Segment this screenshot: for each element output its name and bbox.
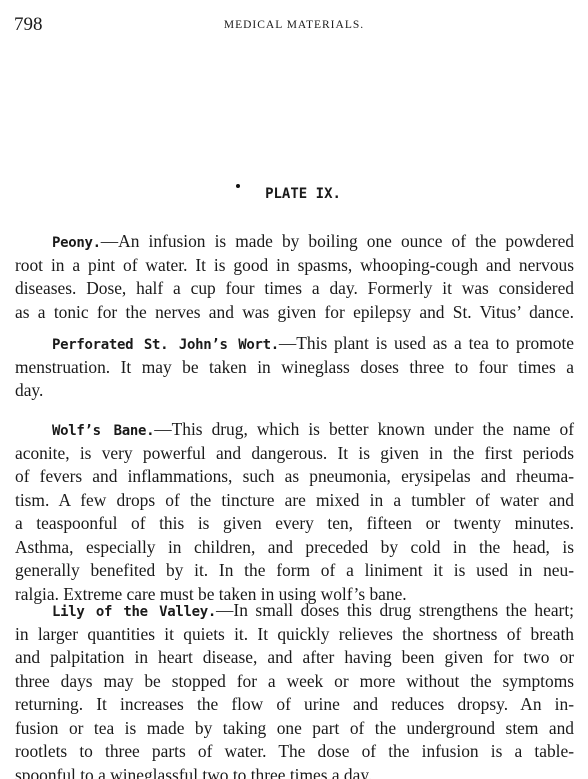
entry-line: root in a pint of water. It is good in s…	[15, 254, 574, 278]
entry-term: Lily of the Valley.	[52, 604, 216, 620]
entry-line: aconite, is very powerful and dangerous.…	[15, 442, 574, 466]
entry-term: Perforated St. John’s Wort.	[52, 337, 279, 353]
entry-line: generally benefited by it. In the form o…	[15, 559, 574, 583]
entry-peony: Peony.—An infusion is made by boiling on…	[15, 230, 574, 324]
entry-line: Asthma, especially in children, and prec…	[15, 536, 574, 560]
entry-line: a teaspoonful of this is given every ten…	[15, 512, 574, 536]
entry-line: returning. It increases the flow of urin…	[15, 693, 574, 717]
entry-line: menstruation. It may be taken in winegla…	[15, 356, 574, 380]
entry-wolfs-bane: Wolf’s Bane.—This drug, which is better …	[15, 418, 574, 606]
entry-term: Peony.	[52, 235, 101, 251]
plate-title: PLATE IX.	[0, 186, 588, 202]
entry-line: of fevers and inflammations, such as pne…	[15, 465, 574, 489]
entry-line: Perforated St. John’s Wort.—This plant i…	[15, 332, 574, 356]
page-header: 798 MEDICAL MATERIALS.	[14, 14, 574, 38]
entry-line: diseases. Dose, half a cup four times a …	[15, 277, 574, 301]
entry-line: spoonful to a wineglassful two to three …	[15, 764, 574, 779]
entry-term: Wolf’s Bane.	[52, 423, 154, 439]
entry-line: Wolf’s Bane.—This drug, which is better …	[15, 418, 574, 442]
entry-line: rootlets to three parts of water. The do…	[15, 740, 574, 764]
entry-line: Peony.—An infusion is made by boiling on…	[15, 230, 574, 254]
entry-line: day.	[15, 379, 574, 403]
entry-line: Lily of the Valley.—In small doses this …	[15, 599, 574, 623]
entry-line: in larger quantities it quiets it. It qu…	[15, 623, 574, 647]
running-head: MEDICAL MATERIALS.	[14, 19, 574, 31]
entry-line: tism. A few drops of the tincture are mi…	[15, 489, 574, 513]
entry-line: three days may be stopped for a week or …	[15, 670, 574, 694]
entry-st-johns-wort: Perforated St. John’s Wort.—This plant i…	[15, 332, 574, 403]
entry-line: and palpitation in heart disease, and af…	[15, 646, 574, 670]
entry-line: fusion or tea is made by taking one part…	[15, 717, 574, 741]
entry-lily-of-the-valley: Lily of the Valley.—In small doses this …	[15, 599, 574, 779]
entry-line: as a tonic for the nerves and was given …	[15, 301, 574, 325]
